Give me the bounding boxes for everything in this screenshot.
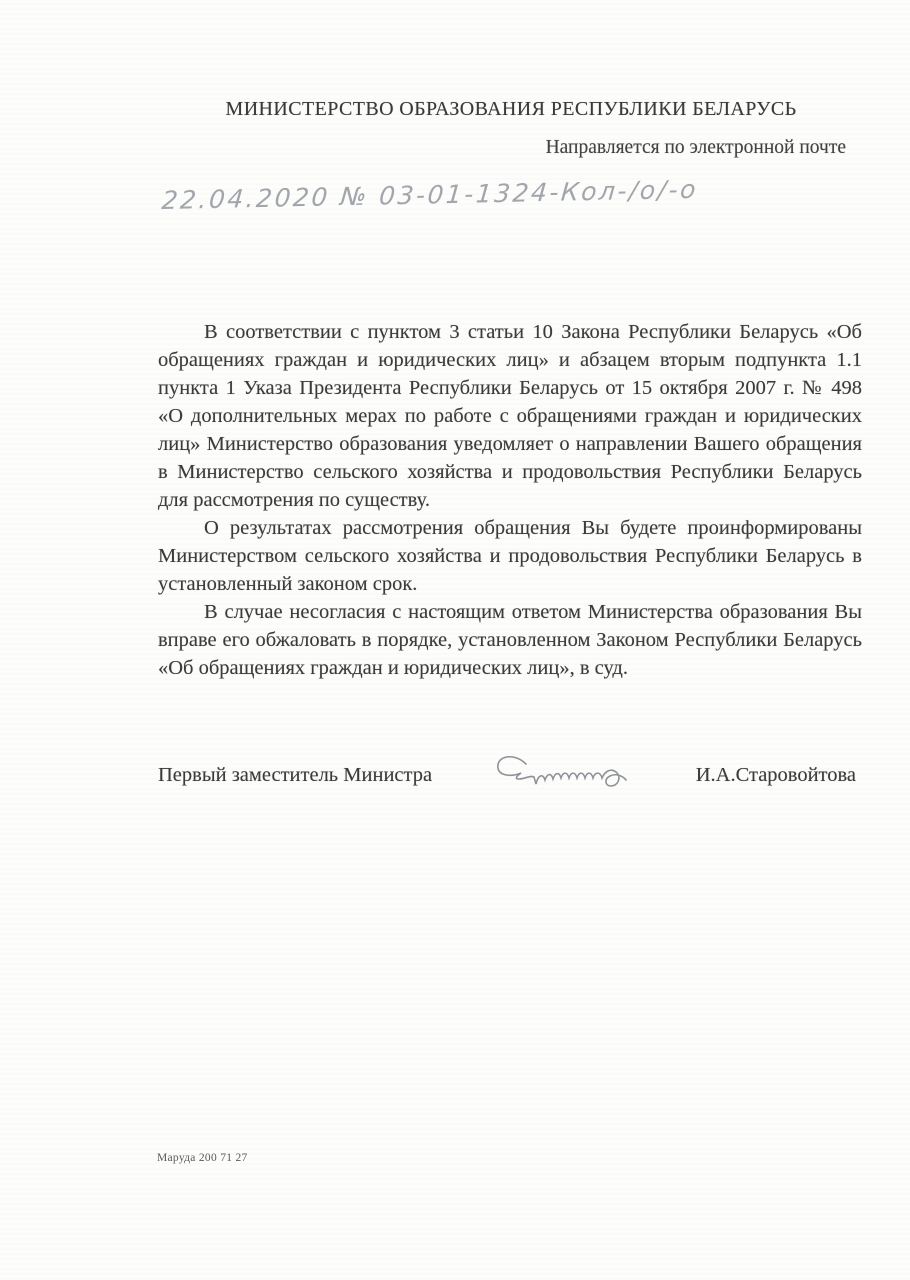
letter-paragraph: В случае несогласия с настоящим ответом … xyxy=(158,598,862,682)
signature-block: Первый заместитель Министра И.А.Старовой… xyxy=(158,752,862,812)
delivery-method-note: Направляется по электронной почте xyxy=(160,137,846,159)
letter-paragraph: В соответствии с пунктом 3 статьи 10 Зак… xyxy=(158,318,862,514)
letter-paragraph: О результатах рассмотрения обращения Вы … xyxy=(158,514,862,598)
handwritten-signature-icon xyxy=(488,746,663,811)
scanned-letter-page: МИНИСТЕРСТВО ОБРАЗОВАНИЯ РЕСПУБЛИКИ БЕЛА… xyxy=(0,0,910,1280)
letter-body: В соответствии с пунктом 3 статьи 10 Зак… xyxy=(158,318,862,682)
organization-name-heading: МИНИСТЕРСТВО ОБРАЗОВАНИЯ РЕСПУБЛИКИ БЕЛА… xyxy=(160,98,862,121)
executor-reference-note: Маруда 200 71 27 xyxy=(157,1152,248,1164)
signer-position-title: Первый заместитель Министра xyxy=(158,764,432,787)
signer-name: И.А.Старовойтова xyxy=(696,764,856,787)
handwritten-registration-number: 22.04.2020 № 03-01-1324-Кол-/о/-о xyxy=(161,175,700,215)
